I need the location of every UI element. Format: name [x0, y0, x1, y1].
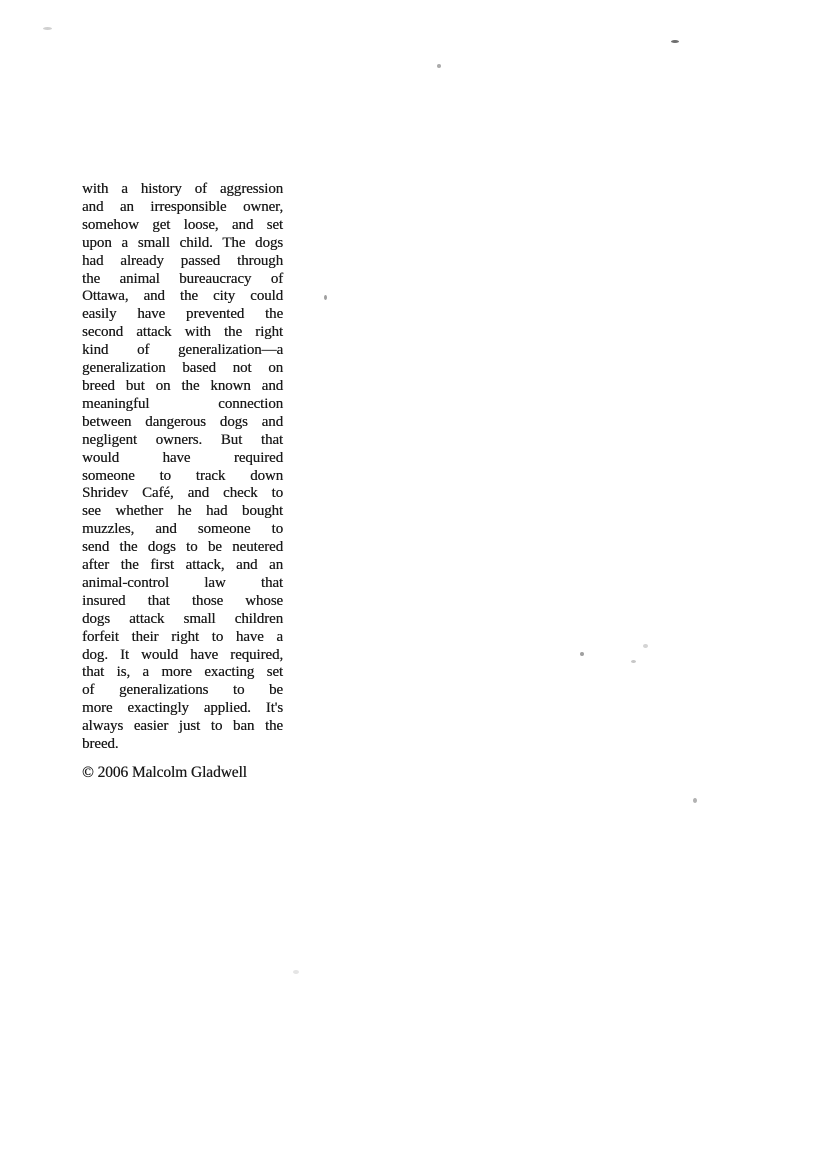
article-text-column: with a history of aggressionand an irres… [82, 181, 283, 754]
scan-speck [324, 295, 327, 300]
text-line: with a history of aggression [82, 181, 283, 199]
text-line: generalization based not on [82, 360, 283, 378]
text-line: someone to track down [82, 468, 283, 486]
text-line: somehow get loose, and set [82, 217, 283, 235]
text-line: insured that those whose [82, 593, 283, 611]
scan-speck [293, 970, 299, 974]
text-line: send the dogs to be neutered [82, 539, 283, 557]
text-line: upon a small child. The dogs [82, 235, 283, 253]
text-line: dog. It would have required, [82, 647, 283, 665]
text-line: would have required [82, 450, 283, 468]
text-line: see whether he had bought [82, 503, 283, 521]
text-line: easily have prevented the [82, 306, 283, 324]
scan-speck [671, 40, 679, 43]
scan-speck [631, 660, 636, 663]
text-line: second attack with the right [82, 324, 283, 342]
text-line: that is, a more exacting set [82, 664, 283, 682]
text-line: the animal bureaucracy of [82, 271, 283, 289]
scan-speck [437, 64, 441, 68]
text-line: Ottawa, and the city could [82, 288, 283, 306]
scan-speck [693, 798, 697, 803]
document-page: with a history of aggressionand an irres… [0, 0, 826, 1169]
copyright-line: © 2006 Malcolm Gladwell [82, 764, 247, 782]
text-line: Shridev Café, and check to [82, 485, 283, 503]
text-line: muzzles, and someone to [82, 521, 283, 539]
text-line: breed but on the known and [82, 378, 283, 396]
text-line: between dangerous dogs and [82, 414, 283, 432]
text-line: and an irresponsible owner, [82, 199, 283, 217]
text-line: dogs attack small children [82, 611, 283, 629]
scan-speck [643, 644, 648, 648]
text-line: negligent owners. But that [82, 432, 283, 450]
text-line: after the first attack, and an [82, 557, 283, 575]
scan-speck [580, 652, 584, 656]
text-line: breed. [82, 736, 283, 754]
text-line: always easier just to ban the [82, 718, 283, 736]
text-line: had already passed through [82, 253, 283, 271]
text-line: meaningful connection [82, 396, 283, 414]
text-line: more exactingly applied. It's [82, 700, 283, 718]
text-line: animal-control law that [82, 575, 283, 593]
text-line: kind of generalization—a [82, 342, 283, 360]
text-line: forfeit their right to have a [82, 629, 283, 647]
text-line: of generalizations to be [82, 682, 283, 700]
scan-speck [43, 27, 52, 30]
